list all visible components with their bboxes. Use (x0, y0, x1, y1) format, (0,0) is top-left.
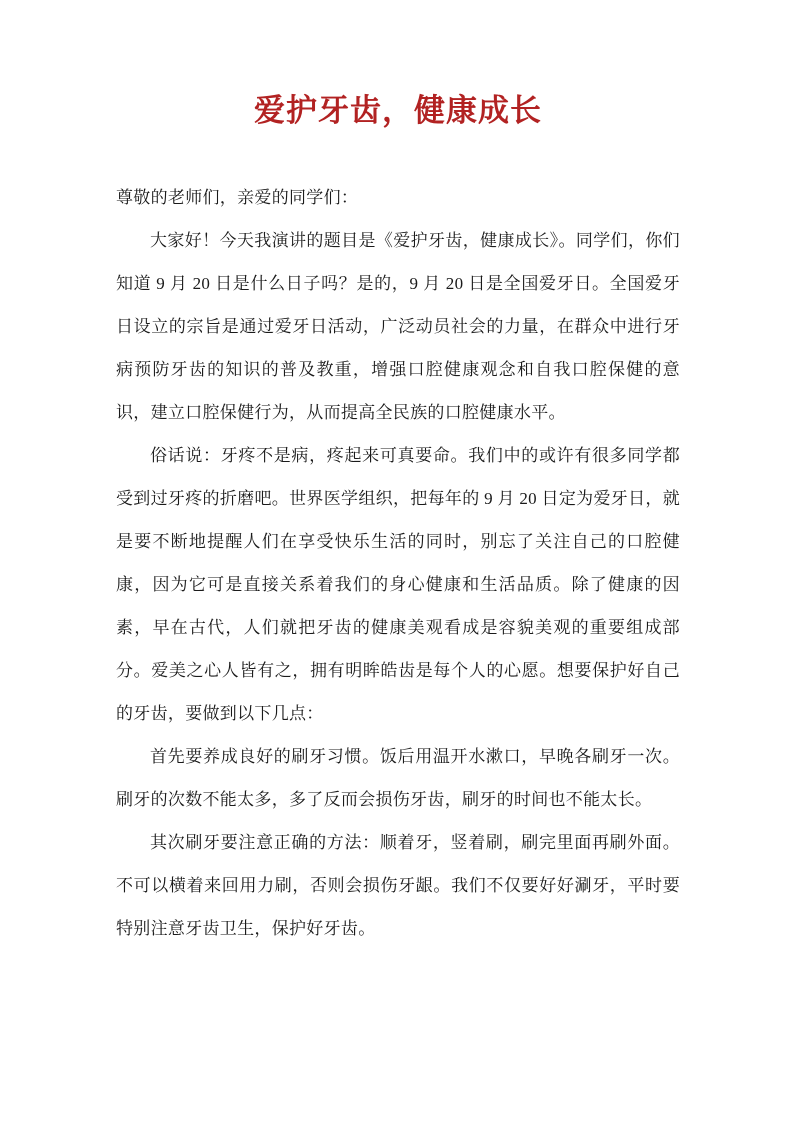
paragraph-second-point: 其次刷牙要注意正确的方法：顺着牙，竖着刷，刷完里面再刷外面。不可以横着来回用力刷… (116, 821, 680, 950)
paragraph-intro: 大家好！今天我演讲的题目是《爱护牙齿，健康成长》。同学们，你们知道 9 月 20… (116, 219, 680, 434)
document-title: 爱护牙齿，健康成长 (116, 92, 680, 130)
document-page: 爱护牙齿，健康成长 尊敬的老师们，亲爱的同学们： 大家好！今天我演讲的题目是《爱… (0, 0, 793, 1122)
salutation-line: 尊敬的老师们，亲爱的同学们： (116, 176, 680, 219)
paragraph-first-point: 首先要养成良好的刷牙习惯。饭后用温开水漱口，早晚各刷牙一次。刷牙的次数不能太多，… (116, 735, 680, 821)
paragraph-saying: 俗话说：牙疼不是病，疼起来可真要命。我们中的或许有很多同学都受到过牙疼的折磨吧。… (116, 434, 680, 735)
